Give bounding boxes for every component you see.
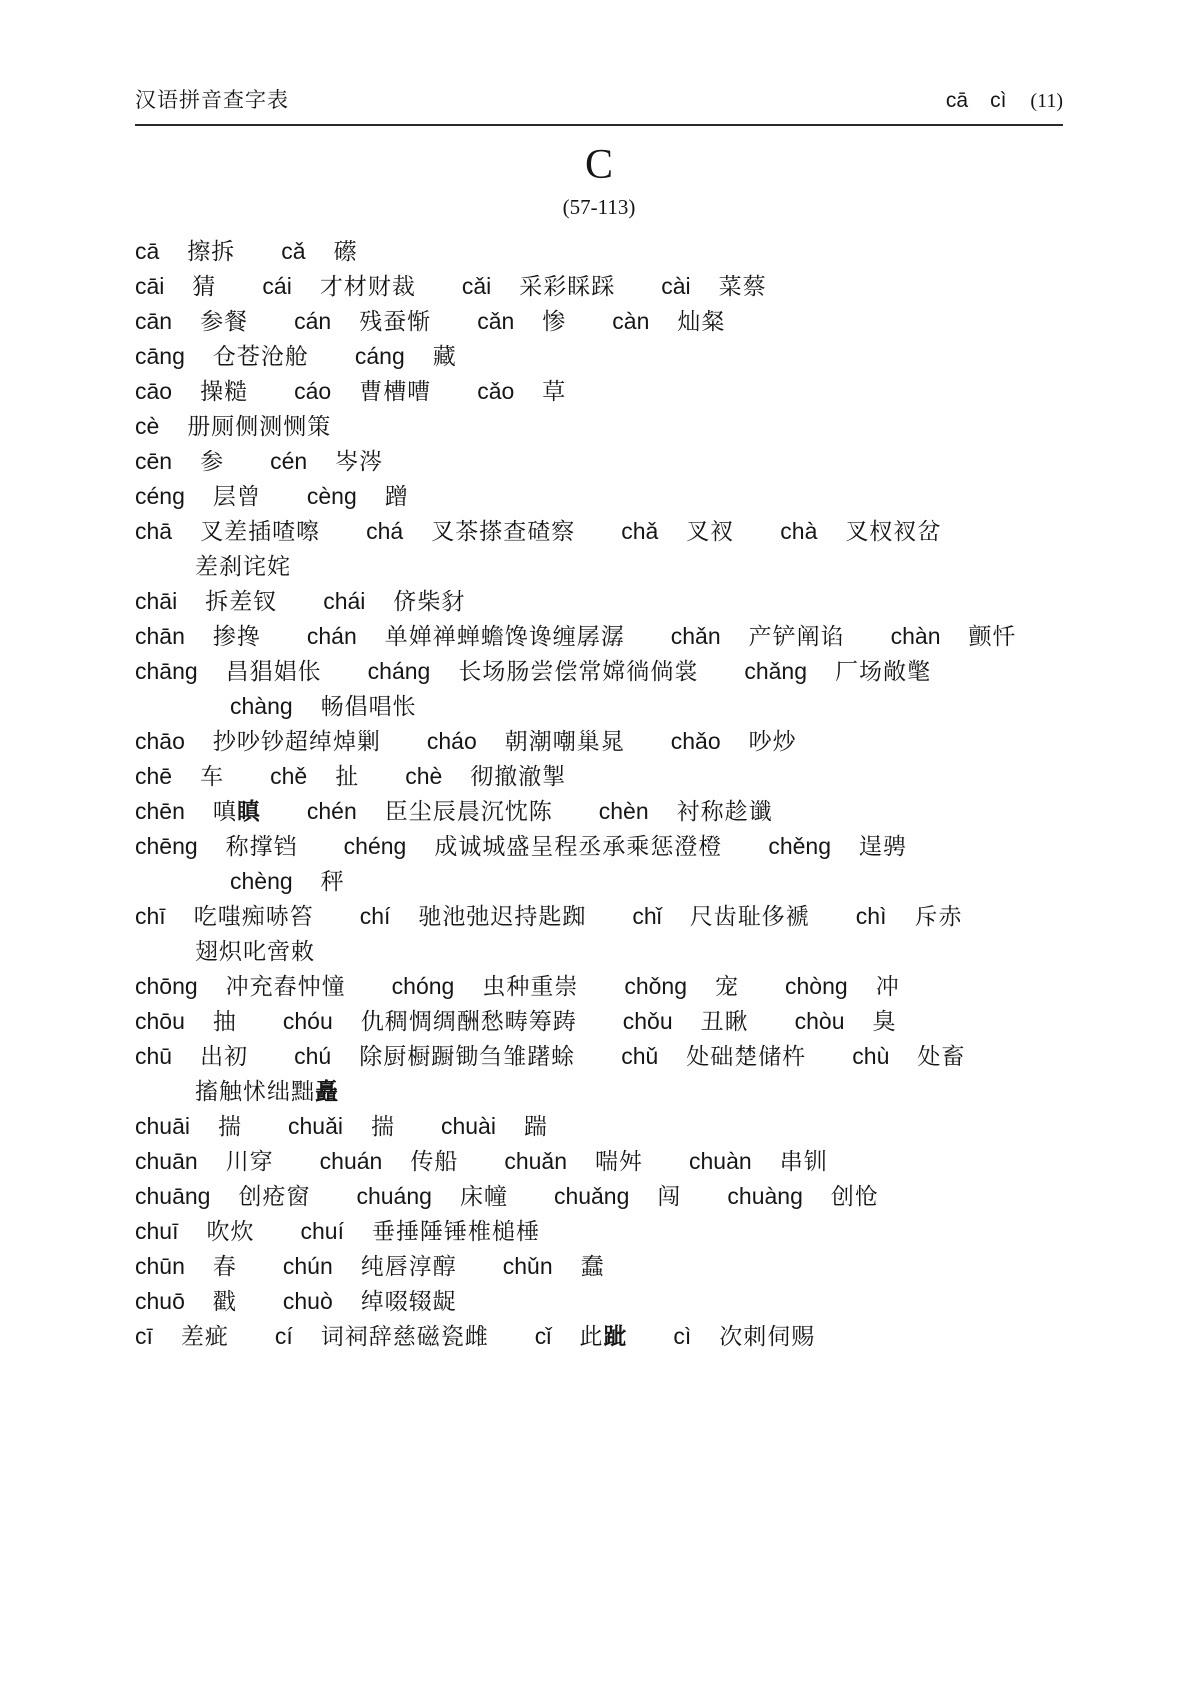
characters: 臭 [873, 1008, 897, 1034]
pinyin-syllable: céng [135, 479, 185, 514]
entry-group: cài菜蔡 [661, 269, 766, 304]
pinyin-syllable: chǎo [671, 724, 721, 759]
characters: 词祠辞慈磁瓷雌 [321, 1323, 489, 1349]
characters: 灿粲 [677, 308, 725, 334]
characters: 尺齿耻侈褫 [690, 903, 810, 929]
characters: 串钏 [780, 1148, 828, 1174]
entry-line: chuō戳chuò绰啜辍龊 [135, 1284, 1063, 1319]
entry-group: chǒng宠 [624, 969, 739, 1004]
entry-group: céng层曾 [135, 479, 261, 514]
pinyin-syllable: chuí [300, 1214, 343, 1249]
characters: 春 [213, 1253, 237, 1279]
entry-group: 搐触怵绌黜矗 [195, 1074, 339, 1109]
characters: 惨 [542, 308, 566, 334]
pinyin-syllable: cáo [294, 374, 331, 409]
pinyin-syllable: chú [294, 1039, 331, 1074]
pinyin-syllable: chuǎng [554, 1179, 629, 1214]
entry-group: chuán传船 [320, 1144, 459, 1179]
pinyin-syllable: chā [135, 514, 172, 549]
characters: 礤 [334, 238, 358, 264]
pinyin-syllable: cè [135, 409, 159, 444]
pinyin-syllable: chái [323, 584, 365, 619]
characters: 叉衩 [686, 518, 734, 544]
characters: 朝潮嘲巢晁 [505, 728, 625, 754]
entry-line: chèng秤 [135, 864, 1063, 899]
characters: 宠 [715, 973, 739, 999]
entry-line: cāng仓苍沧舱cáng藏 [135, 339, 1063, 374]
entry-group: cǎi采彩睬踩 [462, 269, 615, 304]
entry-group: chèn衬称趁谶 [599, 794, 773, 829]
entry-group: cǎn惨 [477, 304, 566, 339]
entry-line: chōu抽chóu仇稠惆绸酬愁畴筹踌chǒu丑瞅chòu臭 [135, 1004, 1063, 1039]
characters: 此跐 [579, 1323, 627, 1349]
characters: 出初 [200, 1043, 248, 1069]
characters: 参 [200, 448, 224, 474]
entry-line: céng层曾cèng蹭 [135, 479, 1063, 514]
pinyin-syllable: cāo [135, 374, 172, 409]
pinyin-syllable: cǎo [477, 374, 514, 409]
characters: 菜蔡 [719, 273, 767, 299]
pinyin-syllable: cāng [135, 339, 185, 374]
pinyin-syllable: chǔn [503, 1249, 553, 1284]
pinyin-syllable: cēn [135, 444, 172, 479]
characters: 冲 [876, 973, 900, 999]
characters: 蹭 [385, 483, 409, 509]
entry-line: chāng昌猖娼伥cháng长场肠尝偿常嫦徜倘裳chǎng厂场敞氅 [135, 654, 1063, 689]
characters: 掺搀 [213, 623, 261, 649]
entry-group: cì次刺伺赐 [673, 1319, 815, 1354]
characters: 揣 [218, 1113, 242, 1139]
pinyin-syllable: cèng [307, 479, 357, 514]
pinyin-syllable: chǒu [623, 1004, 673, 1039]
characters: 曹槽嘈 [359, 378, 431, 404]
entry-group: cái才材财裁 [262, 269, 415, 304]
entry-group: chuān川穿 [135, 1144, 274, 1179]
characters: 拆差钗 [205, 588, 277, 614]
characters-bold: 跐 [603, 1323, 627, 1349]
characters: 创怆 [831, 1183, 879, 1209]
pinyin-syllable: cí [275, 1319, 293, 1354]
entry-group: chóu仇稠惆绸酬愁畴筹踌 [283, 1004, 577, 1039]
characters: 嗔瞋 [213, 798, 261, 824]
characters: 纯唇淳醇 [361, 1253, 457, 1279]
entry-group: chuài踹 [441, 1109, 548, 1144]
characters: 操糙 [200, 378, 248, 404]
characters: 吃嗤痴哧笞 [194, 903, 314, 929]
characters: 吵炒 [749, 728, 797, 754]
entry-group: chè彻撤澈掣 [405, 759, 566, 794]
pinyin-syllable: chē [135, 759, 172, 794]
entry-line: chā叉差插喳嚓chá叉茶搽查碴察chǎ叉衩chà叉杈衩岔 [135, 514, 1063, 549]
entry-list: cā擦拆cǎ礤cāi猜cái才材财裁cǎi采彩睬踩cài菜蔡cān参餐cán残蚕… [135, 234, 1063, 1354]
entry-line: cāo操糙cáo曹槽嘈cǎo草 [135, 374, 1063, 409]
entry-group: chuò绰啜辍龊 [283, 1284, 457, 1319]
entry-line: chēn嗔瞋chén臣尘辰晨沉忱陈chèn衬称趁谶 [135, 794, 1063, 829]
characters: 驰池弛迟持匙踟 [418, 903, 586, 929]
guide-pinyin-last: cì [990, 89, 1006, 113]
characters: 踹 [524, 1113, 548, 1139]
guide-pinyin-first: cā [946, 89, 968, 113]
pinyin-syllable: chǎ [621, 514, 658, 549]
characters: 称撑铛 [226, 833, 298, 859]
entry-group: chuáng床幢 [356, 1179, 507, 1214]
entry-line: chūn春chún纯唇淳醇chǔn蠢 [135, 1249, 1063, 1284]
pinyin-syllable: chuān [135, 1144, 198, 1179]
characters: 畅倡唱怅 [321, 693, 417, 719]
entry-line: chī吃嗤痴哧笞chí驰池弛迟持匙踟chǐ尺齿耻侈褫chì斥赤 [135, 899, 1063, 934]
pinyin-syllable: chàng [230, 689, 293, 724]
pinyin-syllable: cài [661, 269, 690, 304]
entry-group: chǔ处础楚储杵 [621, 1039, 806, 1074]
entry-group: cān参餐 [135, 304, 248, 339]
characters: 冲充舂忡憧 [226, 973, 346, 999]
pinyin-syllable: chě [270, 759, 307, 794]
pinyin-syllable: cǎi [462, 269, 491, 304]
characters: 车 [200, 763, 224, 789]
entry-group: cēn参 [135, 444, 224, 479]
characters: 秤 [321, 868, 345, 894]
entry-group: cǎo草 [477, 374, 566, 409]
entry-group: chū出初 [135, 1039, 248, 1074]
pinyin-syllable: chuō [135, 1284, 185, 1319]
pinyin-syllable: chān [135, 619, 185, 654]
entry-group: chēn嗔瞋 [135, 794, 261, 829]
pinyin-syllable: chòu [795, 1004, 845, 1039]
entry-group: chuī吹炊 [135, 1214, 254, 1249]
entry-line: cāi猜cái才材财裁cǎi采彩睬踩cài菜蔡 [135, 269, 1063, 304]
pinyin-syllable: chāi [135, 584, 177, 619]
characters: 垂捶陲锤椎槌棰 [372, 1218, 540, 1244]
characters: 叉杈衩岔 [845, 518, 941, 544]
entry-group: cháo朝潮嘲巢晁 [427, 724, 625, 759]
entry-line: chū出初chú除厨橱蹰锄刍雏躇蜍chǔ处础楚储杵chù处畜 [135, 1039, 1063, 1074]
pinyin-syllable: chuài [441, 1109, 496, 1144]
entry-line: cān参餐cán残蚕惭cǎn惨càn灿粲 [135, 304, 1063, 339]
entry-group: chěng逞骋 [768, 829, 907, 864]
entry-group: cháng长场肠尝偿常嫦徜倘裳 [368, 654, 699, 689]
pinyin-syllable: cán [294, 304, 331, 339]
characters: 斥赤 [914, 903, 962, 929]
pinyin-syllable: chū [135, 1039, 172, 1074]
characters: 采彩睬踩 [519, 273, 615, 299]
header-guide: cā cì (11) [924, 89, 1063, 113]
pinyin-syllable: chuàng [727, 1179, 802, 1214]
pinyin-syllable: cái [262, 269, 291, 304]
pinyin-syllable: chuáng [356, 1179, 431, 1214]
entry-group: chàn颤忏 [891, 619, 1017, 654]
pinyin-syllable: chè [405, 759, 442, 794]
entry-group: chūn春 [135, 1249, 237, 1284]
pinyin-syllable: chèn [599, 794, 649, 829]
entry-group: chà叉杈衩岔 [780, 514, 941, 549]
entry-group: cí词祠辞慈磁瓷雌 [275, 1319, 489, 1354]
characters: 册厕侧测恻策 [187, 413, 331, 439]
pinyin-syllable: chuāi [135, 1109, 190, 1144]
entry-line: chān掺搀chán单婵禅蝉蟾馋谗缠孱潺chǎn产铲阐谄chàn颤忏 [135, 619, 1063, 654]
characters: 绰啜辍龊 [361, 1288, 457, 1314]
characters: 参餐 [200, 308, 248, 334]
entry-line: chuī吹炊chuí垂捶陲锤椎槌棰 [135, 1214, 1063, 1249]
entry-group: cán残蚕惭 [294, 304, 431, 339]
pinyin-syllable: chuǎn [504, 1144, 567, 1179]
characters: 揣 [371, 1113, 395, 1139]
pinyin-syllable: chǒng [624, 969, 687, 1004]
characters: 传船 [410, 1148, 458, 1174]
characters: 床幢 [460, 1183, 508, 1209]
entry-group: chuāng创疮窗 [135, 1179, 310, 1214]
characters: 喘舛 [595, 1148, 643, 1174]
entry-group: chuí垂捶陲锤椎槌棰 [300, 1214, 539, 1249]
entry-group: cáo曹槽嘈 [294, 374, 431, 409]
entry-line: cā擦拆cǎ礤 [135, 234, 1063, 269]
entry-group: chuǎng闯 [554, 1179, 681, 1214]
pinyin-syllable: chuāng [135, 1179, 210, 1214]
pinyin-syllable: cī [135, 1319, 153, 1354]
characters: 猜 [192, 273, 216, 299]
entry-group: chòu臭 [795, 1004, 897, 1039]
entry-group: chuāi揣 [135, 1109, 242, 1144]
pinyin-syllable: cáng [355, 339, 405, 374]
characters: 成诚城盛呈程丞承乘惩澄橙 [434, 833, 722, 859]
entry-group: chǎo吵炒 [671, 724, 797, 759]
entry-group: chì斥赤 [856, 899, 963, 934]
entry-group: chā叉差插喳嚓 [135, 514, 320, 549]
entry-group: chōng冲充舂忡憧 [135, 969, 346, 1004]
pinyin-syllable: chuò [283, 1284, 333, 1319]
characters: 抽 [213, 1008, 237, 1034]
characters-bold: 瞋 [237, 798, 261, 824]
entry-line: 翅炽叱啻敕 [135, 934, 1063, 969]
pinyin-syllable: cā [135, 234, 159, 269]
entry-group: 差刹诧姹 [195, 549, 291, 584]
characters: 才材财裁 [320, 273, 416, 299]
pinyin-syllable: chèng [230, 864, 293, 899]
entry-line: cēn参cén岑涔 [135, 444, 1063, 479]
characters: 差疵 [181, 1323, 229, 1349]
pinyin-syllable: chāng [135, 654, 198, 689]
entry-group: cāng仓苍沧舱 [135, 339, 309, 374]
pinyin-syllable: chī [135, 899, 166, 934]
entry-line: cī差疵cí词祠辞慈磁瓷雌cǐ此跐cì次刺伺赐 [135, 1319, 1063, 1354]
pinyin-syllable: cén [270, 444, 307, 479]
entry-group: chuàng创怆 [727, 1179, 878, 1214]
entry-group: cāi猜 [135, 269, 216, 304]
entry-group: chǎ叉衩 [621, 514, 734, 549]
pinyin-syllable: chàn [891, 619, 941, 654]
entry-line: 差刹诧姹 [135, 549, 1063, 584]
entry-group: 翅炽叱啻敕 [195, 934, 315, 969]
entry-group: chán单婵禅蝉蟾馋谗缠孱潺 [307, 619, 625, 654]
pinyin-syllable: chōu [135, 1004, 185, 1039]
pinyin-syllable: chuī [135, 1214, 178, 1249]
characters: 臣尘辰晨沉忱陈 [385, 798, 553, 824]
characters: 长场肠尝偿常嫦徜倘裳 [458, 658, 698, 684]
characters: 翅炽叱啻敕 [195, 938, 315, 964]
pinyin-syllable: chǐ [632, 899, 661, 934]
characters: 昌猖娼伥 [226, 658, 322, 684]
entry-group: cī差疵 [135, 1319, 229, 1354]
entry-line: chuāi揣chuǎi揣chuài踹 [135, 1109, 1063, 1144]
entry-group: chī吃嗤痴哧笞 [135, 899, 314, 934]
pinyin-syllable: cǎ [281, 234, 305, 269]
entry-group: chá叉茶搽查碴察 [366, 514, 575, 549]
characters: 草 [542, 378, 566, 404]
pinyin-syllable: chēn [135, 794, 185, 829]
entry-line: chēng称撑铛chéng成诚城盛呈程丞承乘惩澄橙chěng逞骋 [135, 829, 1063, 864]
entry-group: cèng蹭 [307, 479, 409, 514]
entry-group: cǎ礤 [281, 234, 357, 269]
entry-group: chǔn蠢 [503, 1249, 605, 1284]
section-letter: C [135, 142, 1063, 188]
pinyin-syllable: chún [283, 1249, 333, 1284]
characters: 闯 [657, 1183, 681, 1209]
entry-group: chén臣尘辰晨沉忱陈 [307, 794, 553, 829]
characters: 戳 [213, 1288, 237, 1314]
characters: 产铲阐谄 [749, 623, 845, 649]
entry-line: chuāng创疮窗chuáng床幢chuǎng闯chuàng创怆 [135, 1179, 1063, 1214]
page-header: 汉语拼音查字表 cā cì (11) [135, 84, 1063, 126]
characters: 差刹诧姹 [195, 553, 291, 579]
characters: 颤忏 [969, 623, 1017, 649]
entry-group: chǒu丑瞅 [623, 1004, 749, 1039]
entry-group: chuō戳 [135, 1284, 237, 1319]
pinyin-syllable: chuán [320, 1144, 383, 1179]
pinyin-syllable: cān [135, 304, 172, 339]
book-title: 汉语拼音查字表 [135, 84, 289, 114]
entry-group: chuàn串钏 [689, 1144, 828, 1179]
page: 汉语拼音查字表 cā cì (11) C (57-113) cā擦拆cǎ礤cāi… [0, 0, 1198, 1354]
pinyin-syllable: chì [856, 899, 887, 934]
characters-bold: 矗 [315, 1078, 339, 1104]
pinyin-syllable: chóu [283, 1004, 333, 1039]
pinyin-syllable: chéng [344, 829, 407, 864]
characters: 吹炊 [206, 1218, 254, 1244]
pinyin-syllable: chà [780, 514, 817, 549]
characters: 衬称趁谶 [677, 798, 773, 824]
entry-line: chuān川穿chuán传船chuǎn喘舛chuàn串钏 [135, 1144, 1063, 1179]
entry-group: cǐ此跐 [535, 1319, 628, 1354]
entry-group: cā擦拆 [135, 234, 235, 269]
characters: 搐触怵绌黜矗 [195, 1078, 339, 1104]
entry-group: chuǎi揣 [288, 1109, 395, 1144]
entry-group: chāo抄吵钞超绰焯剿 [135, 724, 381, 759]
entry-group: chǐ尺齿耻侈褫 [632, 899, 809, 934]
characters: 虫种重崇 [482, 973, 578, 999]
entry-group: chuǎn喘舛 [504, 1144, 643, 1179]
entry-group: cè册厕侧测恻策 [135, 409, 331, 444]
pinyin-syllable: chù [852, 1039, 889, 1074]
pinyin-syllable: chōng [135, 969, 198, 1004]
characters: 蠢 [581, 1253, 605, 1279]
characters: 仓苍沧舱 [213, 343, 309, 369]
pinyin-syllable: cì [673, 1319, 691, 1354]
pinyin-syllable: chěng [768, 829, 831, 864]
pinyin-syllable: chūn [135, 1249, 185, 1284]
entry-group: chāi拆差钗 [135, 584, 277, 619]
characters: 残蚕惭 [359, 308, 431, 334]
pinyin-syllable: cǐ [535, 1319, 552, 1354]
characters: 次刺伺赐 [719, 1323, 815, 1349]
characters: 层曾 [213, 483, 261, 509]
pinyin-syllable: chēng [135, 829, 198, 864]
characters: 逞骋 [859, 833, 907, 859]
entry-line: 搐触怵绌黜矗 [135, 1074, 1063, 1109]
characters: 藏 [433, 343, 457, 369]
entry-group: chú除厨橱蹰锄刍雏躇蜍 [294, 1039, 575, 1074]
pinyin-syllable: cháng [368, 654, 431, 689]
entry-group: chǎn产铲阐谄 [671, 619, 845, 654]
characters: 丑瞅 [701, 1008, 749, 1034]
entry-group: chēng称撑铛 [135, 829, 298, 864]
pinyin-syllable: chuǎi [288, 1109, 343, 1144]
entry-group: càn灿粲 [612, 304, 725, 339]
characters: 叉茶搽查碴察 [431, 518, 575, 544]
characters: 创疮窗 [238, 1183, 310, 1209]
entry-group: chóng虫种重崇 [392, 969, 579, 1004]
entry-line: chē车chě扯chè彻撤澈掣 [135, 759, 1063, 794]
entry-group: chèng秤 [230, 864, 345, 899]
pinyin-syllable: cháo [427, 724, 477, 759]
pinyin-syllable: chóng [392, 969, 455, 1004]
entry-group: chún纯唇淳醇 [283, 1249, 457, 1284]
pinyin-syllable: chán [307, 619, 357, 654]
pinyin-syllable: chòng [785, 969, 848, 1004]
entry-line: chāi拆差钗chái侪柴豺 [135, 584, 1063, 619]
characters: 扯 [335, 763, 359, 789]
characters: 川穿 [226, 1148, 274, 1174]
characters: 抄吵钞超绰焯剿 [213, 728, 381, 754]
entry-line: chàng畅倡唱怅 [135, 689, 1063, 724]
entry-group: chān掺搀 [135, 619, 261, 654]
entry-group: chái侪柴豺 [323, 584, 465, 619]
entry-group: chōu抽 [135, 1004, 237, 1039]
characters: 擦拆 [187, 238, 235, 264]
pinyin-syllable: cǎn [477, 304, 514, 339]
characters: 岑涔 [335, 448, 383, 474]
entry-group: chāng昌猖娼伥 [135, 654, 322, 689]
pinyin-syllable: chǎng [744, 654, 807, 689]
pinyin-syllable: cāi [135, 269, 164, 304]
entry-group: chù处畜 [852, 1039, 965, 1074]
entry-line: cè册厕侧测恻策 [135, 409, 1063, 444]
entry-group: cāo操糙 [135, 374, 248, 409]
pinyin-syllable: chǔ [621, 1039, 658, 1074]
pinyin-syllable: chá [366, 514, 403, 549]
entry-line: chōng冲充舂忡憧chóng虫种重崇chǒng宠chòng冲 [135, 969, 1063, 1004]
pinyin-syllable: chí [360, 899, 391, 934]
entry-group: cén岑涔 [270, 444, 383, 479]
entry-group: cáng藏 [355, 339, 457, 374]
entry-group: chē车 [135, 759, 224, 794]
pinyin-syllable: chāo [135, 724, 185, 759]
characters: 除厨橱蹰锄刍雏躇蜍 [359, 1043, 575, 1069]
page-number: (11) [1030, 90, 1063, 113]
pinyin-syllable: càn [612, 304, 649, 339]
characters: 厂场敞氅 [835, 658, 931, 684]
characters: 侪柴豺 [393, 588, 465, 614]
characters: 彻撤澈掣 [470, 763, 566, 789]
entry-group: chéng成诚城盛呈程丞承乘惩澄橙 [344, 829, 723, 864]
characters: 仇稠惆绸酬愁畴筹踌 [361, 1008, 577, 1034]
entry-group: chǎng厂场敞氅 [744, 654, 931, 689]
pinyin-syllable: chuàn [689, 1144, 752, 1179]
section-range: (57-113) [135, 194, 1063, 220]
characters: 单婵禅蝉蟾馋谗缠孱潺 [385, 623, 625, 649]
pinyin-syllable: chǎn [671, 619, 721, 654]
characters: 处畜 [917, 1043, 965, 1069]
entry-group: chě扯 [270, 759, 359, 794]
entry-group: chàng畅倡唱怅 [230, 689, 417, 724]
